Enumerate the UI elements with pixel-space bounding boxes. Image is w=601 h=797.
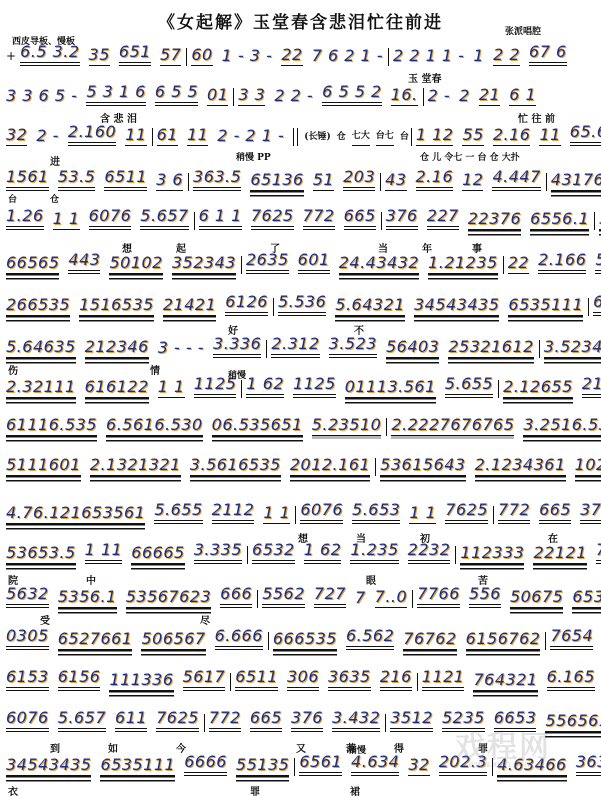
barline — [503, 256, 504, 274]
note-group: 24.43432 — [339, 253, 419, 274]
percussion-mnemonic: 仓 — [50, 192, 59, 205]
note-group: 6153 — [6, 667, 49, 691]
note-group: 6 5 5 — [155, 82, 198, 106]
note-group: 3 - - - — [158, 338, 204, 358]
note-group: 2.16 — [416, 167, 454, 191]
note-group: 50675 — [510, 587, 563, 608]
barline — [241, 256, 242, 274]
barline — [247, 546, 248, 564]
lyric-text: 中 — [86, 572, 96, 587]
note-group: 611 — [115, 708, 147, 732]
barline — [455, 546, 456, 564]
notation-row: 322 -2.1601161112 - 2 1 -(长锤)仓七大台七台1 125… — [6, 122, 598, 148]
note-group: 5562 — [262, 584, 305, 608]
note-group: 111336 — [109, 670, 173, 691]
note-group: 3.5616535 — [190, 455, 281, 476]
note-group: 306 — [287, 667, 319, 691]
barline — [423, 88, 424, 106]
note-group: 6 5 5 2 — [322, 82, 381, 106]
barline — [266, 340, 267, 358]
percussion-mnemonic: 台 — [8, 192, 17, 205]
notation-row: 56325356.153567623666556272777..07766556… — [6, 584, 598, 610]
barline — [186, 48, 187, 66]
note-group: 772 — [596, 540, 601, 564]
lyric-text: 尽 — [200, 612, 210, 627]
note-group: 6.666 — [215, 626, 263, 650]
note-group: 5.23510 — [312, 415, 382, 436]
note-group: 5111601 — [6, 455, 81, 476]
note-group: 6.165 — [547, 667, 595, 691]
note-group: 1 1 — [263, 503, 290, 524]
note-group: 5.657 — [58, 708, 106, 732]
note-group: 76762 — [403, 629, 456, 650]
double-barline — [293, 128, 298, 146]
note-group: 2.12655 — [503, 377, 573, 398]
note-group: 6561 — [299, 752, 342, 776]
percussion-beat: 仓 — [337, 128, 346, 146]
note-group: 11 — [125, 125, 146, 146]
barline — [588, 298, 589, 316]
lyric-text: 如 — [108, 740, 118, 755]
barline — [152, 128, 153, 146]
note-group: 1561 — [6, 167, 49, 191]
note-group: 7625 — [251, 206, 294, 230]
note-group: 3 3 6 5 - — [6, 86, 77, 106]
note-group: 3636 — [576, 752, 601, 776]
lyric-text: 受 — [40, 612, 50, 627]
note-group: 01 — [207, 85, 228, 106]
note-group: 1.26 — [6, 206, 44, 230]
note-group: 2 2 1 1 - — [393, 46, 464, 66]
note-group: 5 3 1 6 — [86, 82, 145, 106]
lyric-text: 年 — [422, 240, 432, 255]
note-group: 1.21235 — [428, 253, 498, 274]
note-group: 53.5 — [58, 167, 96, 191]
note-group: 3.432 — [332, 708, 380, 732]
note-group: 443 — [68, 250, 100, 274]
note-group: 6666 — [184, 752, 227, 776]
note-group: 34543435 — [414, 295, 499, 316]
note-group: 6156 — [58, 667, 101, 691]
note-group: 0305 — [6, 626, 49, 650]
note-group: 5.657 — [140, 206, 188, 230]
percussion-label: (长锤) — [304, 128, 331, 146]
barline — [268, 632, 269, 650]
note-group: 665 — [539, 500, 571, 524]
note-group: 3 6 — [156, 170, 183, 191]
percussion-beat: 七大 — [352, 127, 370, 146]
barline — [233, 88, 234, 106]
note-group: 2 — [459, 86, 470, 106]
barline — [412, 590, 413, 608]
note-group: 6556.1 — [530, 209, 589, 230]
note-group: 6 1 1 — [199, 206, 242, 230]
note-group: 4.447 — [492, 167, 540, 191]
note-group: 01113.561 — [345, 377, 436, 398]
note-group: 5617 — [183, 667, 226, 691]
note-group: 653564 — [572, 587, 601, 608]
note-group: 06.535651 — [212, 415, 303, 436]
note-group: 3.336 — [213, 334, 261, 358]
note-group: 556561 — [545, 711, 601, 732]
note-group: 6126 — [225, 292, 268, 316]
note-group: 11 — [187, 125, 208, 146]
note-group: 2.32111 — [6, 377, 76, 398]
note-group: 1 1 — [53, 209, 80, 230]
note-group: 506567 — [141, 629, 205, 650]
note-group: 1 1 — [158, 377, 185, 398]
note-group: 53653.5 — [6, 543, 76, 564]
note-group: 6 1 — [509, 85, 536, 106]
lyric-text: 罪 — [250, 783, 260, 797]
note-group: 772 — [209, 708, 241, 732]
note-group: 1516535 — [79, 295, 154, 316]
note-group: 6076 — [89, 206, 132, 230]
note-group: 7 6 2 1 - — [312, 46, 383, 66]
note-group: 665 — [344, 206, 376, 230]
lyric-text: 情 — [150, 362, 160, 377]
note-group: 2.1234361 — [475, 455, 566, 476]
note-group: 35 — [89, 45, 110, 66]
note-group: 6.5616.530 — [106, 415, 203, 436]
tempo-mark: 稍慢 — [348, 743, 366, 756]
note-group: 50102 — [109, 253, 162, 274]
note-group: 3.52343 — [544, 337, 601, 358]
note-group: 16. — [391, 85, 418, 106]
notation-row: 2.321116161221 111251 62112501113.5615.6… — [6, 374, 598, 400]
note-group: 1 62 — [304, 540, 342, 564]
note-group: 7..0 — [375, 587, 408, 608]
notation-row: 5.646352123463 - - -3.3362.3123.52356403… — [6, 334, 598, 360]
note-group: 32 — [408, 755, 429, 776]
note-group: 2.312 — [271, 334, 319, 358]
notation-row: 61116.5356.5616.53006.5356515.235102.222… — [6, 415, 598, 441]
note-group: 57 — [160, 45, 181, 66]
watermark-url: www.xicn.com — [468, 760, 533, 770]
note-group: 666 — [220, 584, 252, 608]
note-group: 53615643 — [380, 455, 465, 476]
notation-row: 6656544350102352343263560124.434321.2123… — [6, 250, 598, 276]
barline — [230, 673, 231, 691]
note-group: 21421 — [163, 295, 216, 316]
lyric-text: 衣 — [8, 783, 18, 797]
barline — [188, 173, 189, 191]
notation-row: +6.5 3.23565157601 - 3 -227 6 2 1 -2 2 1… — [6, 42, 598, 68]
note-group: 6511 — [104, 167, 147, 191]
lyric-text: 眼 — [366, 572, 376, 587]
note-group: 2012.161 — [290, 455, 370, 476]
note-group: 25321612 — [448, 337, 533, 358]
barline — [388, 48, 389, 66]
note-group: 2.2227676765 — [391, 415, 514, 436]
note-group: 601 — [298, 250, 330, 274]
lyric-text: 想 — [122, 240, 132, 255]
note-group: 376 — [291, 708, 323, 732]
note-group: 43 — [385, 170, 406, 191]
note-group: 363.5 — [193, 167, 241, 191]
lyric-text: 含 悲 泪 — [100, 110, 137, 125]
barline — [546, 173, 547, 191]
note-group: 7654 — [550, 626, 593, 650]
note-group: 65.6 — [570, 122, 601, 146]
lyric-text: 院 — [8, 572, 18, 587]
notation-row: 26653515165352142161265.5365.64321345434… — [6, 292, 598, 318]
barline — [594, 212, 595, 230]
lyric-text: 不 — [354, 322, 364, 337]
note-group: 67 6 — [529, 42, 567, 66]
lyric-text: 伤 — [8, 362, 18, 377]
note-group: 6535111 — [508, 295, 583, 316]
note-group: 61 — [157, 125, 178, 146]
barline — [257, 590, 258, 608]
barline — [273, 298, 274, 316]
lyric-text: 初 — [420, 530, 430, 545]
note-group: 4.76.121653561 — [6, 503, 145, 524]
note-group: 376 — [386, 206, 418, 230]
lyric-text: 事 — [472, 240, 482, 255]
barline — [194, 212, 195, 230]
note-group: 3.2516.532 — [523, 415, 601, 436]
lyric-text: 在 — [548, 530, 558, 545]
note-group: 66665 — [131, 543, 184, 564]
barline — [385, 714, 386, 732]
note-group: 6535111 — [100, 755, 175, 776]
barline — [493, 506, 494, 524]
note-group: 5616 — [595, 250, 601, 274]
note-group: 212346 — [85, 337, 149, 358]
note-group: 7 — [355, 588, 366, 608]
note-group: 6076 — [300, 500, 343, 524]
barline — [545, 632, 546, 650]
barline — [295, 506, 296, 524]
note-group: 6532 — [252, 540, 295, 564]
note-group: 1 1 — [409, 503, 436, 524]
note-group: 22121 — [533, 543, 586, 564]
note-group: 764321 — [473, 670, 537, 691]
note-group: 2 - 2 1 - — [217, 126, 284, 146]
note-group: 3 3 — [238, 85, 265, 106]
note-group: 6076 — [6, 708, 49, 732]
note-group: 203 — [343, 167, 375, 191]
note-group: 1121 — [422, 667, 465, 691]
percussion-beat: 台七 — [376, 127, 394, 146]
tempo-mark: 稍慢 — [228, 368, 246, 381]
start-sign-icon: + — [6, 46, 16, 66]
note-group: 51 — [313, 170, 334, 191]
notation-row: 030565276615065676.6666665356.5627676261… — [6, 626, 598, 652]
tempo-mark: 稍慢 PP — [236, 150, 271, 163]
note-group: 112333 — [460, 543, 524, 564]
score-page: 《女起解》玉堂春含悲泪忙往前进 西皮导板、慢板 张派唱腔 +6.5 3.2356… — [0, 0, 601, 797]
note-group: 1 12 — [416, 125, 454, 146]
note-group: 1 — [473, 46, 484, 66]
note-group: 6.562 — [346, 626, 394, 650]
note-group: 666535 — [273, 629, 337, 650]
note-group: 56403 — [386, 337, 439, 358]
lyric-text: 苦 — [478, 572, 488, 587]
note-group: 2.166 — [538, 250, 586, 274]
note-group: 2 2 - — [274, 86, 313, 106]
note-group: 2.1321321 — [90, 455, 181, 476]
note-group: 55 — [462, 125, 483, 146]
note-group: 5.64635 — [6, 337, 76, 358]
note-group: 2.16 — [493, 125, 531, 146]
note-group: 6.5 3.2 — [20, 42, 79, 66]
note-group: 53567623 — [126, 587, 211, 608]
lyric-text: 今 — [176, 740, 186, 755]
note-group: 3635 — [328, 667, 371, 691]
note-group: 216 — [582, 374, 601, 398]
lyric-text: 想 — [298, 530, 308, 545]
note-group: 2635 — [246, 250, 289, 274]
note-group: 665 — [250, 708, 282, 732]
note-group: 216 — [380, 667, 412, 691]
note-group: 65136 — [250, 170, 303, 191]
note-group: 21 — [479, 85, 500, 106]
note-group: 772 — [498, 500, 530, 524]
lyric-text: 了 — [270, 240, 280, 255]
note-group: 727 — [314, 584, 346, 608]
note-group: 1125 — [293, 374, 336, 398]
barline — [417, 673, 418, 691]
note-group: 7625 — [156, 708, 199, 732]
note-group: 60 — [191, 45, 212, 66]
note-group: 11 — [539, 125, 560, 146]
note-group: 22 — [281, 45, 302, 66]
note-group: 55135 — [236, 755, 289, 776]
note-group: 6156762 — [466, 629, 541, 650]
lyric-text: 又 — [296, 740, 306, 755]
note-group: 3.335 — [194, 540, 242, 564]
barline — [386, 418, 387, 436]
note-group: 5.655 — [154, 500, 202, 524]
note-group: 2 2 — [493, 45, 520, 66]
lyric-text: 当 — [378, 240, 388, 255]
barline — [498, 380, 499, 398]
lyric-text: 到 — [50, 740, 60, 755]
lyric-text: 当 — [356, 530, 366, 545]
lyric-text: 得 — [394, 740, 404, 755]
note-group: 6666 — [593, 292, 601, 316]
note-group: 12 — [462, 170, 483, 191]
singer-style-label: 张派唱腔 — [505, 24, 541, 37]
notation-row: 6153615611133656176511306363521611217643… — [6, 667, 598, 693]
note-group: 1 - 3 - — [222, 46, 273, 66]
note-group: 5.536 — [278, 292, 326, 316]
notation-row: 51116012.13213213.56165352012.1615361564… — [6, 455, 598, 481]
note-group: 5.655 — [445, 374, 493, 398]
barline — [204, 714, 205, 732]
note-group: 7766 — [417, 584, 460, 608]
note-group: 616122 — [85, 377, 149, 398]
note-group: 22 — [508, 253, 529, 274]
note-group: 5.64321 — [335, 295, 405, 316]
lyric-text: 起 — [176, 240, 186, 255]
note-group: 43176746 — [551, 170, 601, 191]
barline — [411, 128, 412, 146]
note-group: 2 - — [428, 86, 451, 106]
notation-row: 4.76.1216535615.65521121 160765.6531 176… — [6, 500, 598, 526]
percussion-mnemonic: 仓 儿 令七 一 台 仓 大扑 — [420, 150, 520, 163]
lyric-text: 玉 堂春 — [408, 70, 441, 85]
note-group: 6527661 — [58, 629, 133, 650]
lyric-text: 裙 — [350, 783, 360, 797]
note-group: 6511 — [235, 667, 278, 691]
notation-row: 3 3 6 5 -5 3 1 66 5 5013 32 2 -6 5 5 216… — [6, 82, 598, 108]
note-group: 10235651 — [575, 455, 601, 476]
note-group: 22376 — [468, 209, 521, 230]
note-group: 3512 — [390, 708, 433, 732]
barline — [539, 340, 540, 358]
lyric-text: 忙 往 前 — [518, 110, 555, 125]
lyric-text: 好 — [228, 322, 238, 337]
note-group: 1 62 — [246, 374, 284, 398]
notation-row: 156153.565113 6363.56513651203432.16124.… — [6, 167, 598, 193]
notation-row: 1.261 160765.6576 1 17625772665376227223… — [6, 206, 598, 232]
lyric-text: 进 — [50, 153, 60, 168]
note-group: 227 — [427, 206, 459, 230]
note-group: 651 — [119, 42, 151, 66]
barline — [381, 212, 382, 230]
note-group: 34543435 — [6, 755, 91, 776]
note-group: 3.523 — [329, 334, 377, 358]
note-group: 266535 — [6, 295, 70, 316]
note-group: 2112 — [212, 500, 255, 524]
note-group: 1 11 — [85, 540, 123, 564]
barline — [294, 758, 295, 776]
note-group: 2 - — [36, 126, 59, 146]
note-group: 5356.1 — [58, 587, 117, 608]
note-group: 7625 — [445, 500, 488, 524]
barline — [241, 380, 242, 398]
note-group: 2.160 — [68, 122, 116, 146]
note-group: 352343 — [172, 253, 236, 274]
note-group: 32 — [6, 125, 27, 146]
note-group: 5.653 — [352, 500, 400, 524]
note-group: 5632 — [6, 584, 49, 608]
note-group: 61116.535 — [6, 415, 97, 436]
note-group: 556 — [469, 584, 501, 608]
barline — [375, 458, 376, 476]
note-group: 772 — [303, 206, 335, 230]
percussion-beat: 台 — [400, 128, 409, 146]
barline — [380, 173, 381, 191]
note-group: 66565 — [6, 253, 59, 274]
note-group: 376 — [580, 500, 601, 524]
